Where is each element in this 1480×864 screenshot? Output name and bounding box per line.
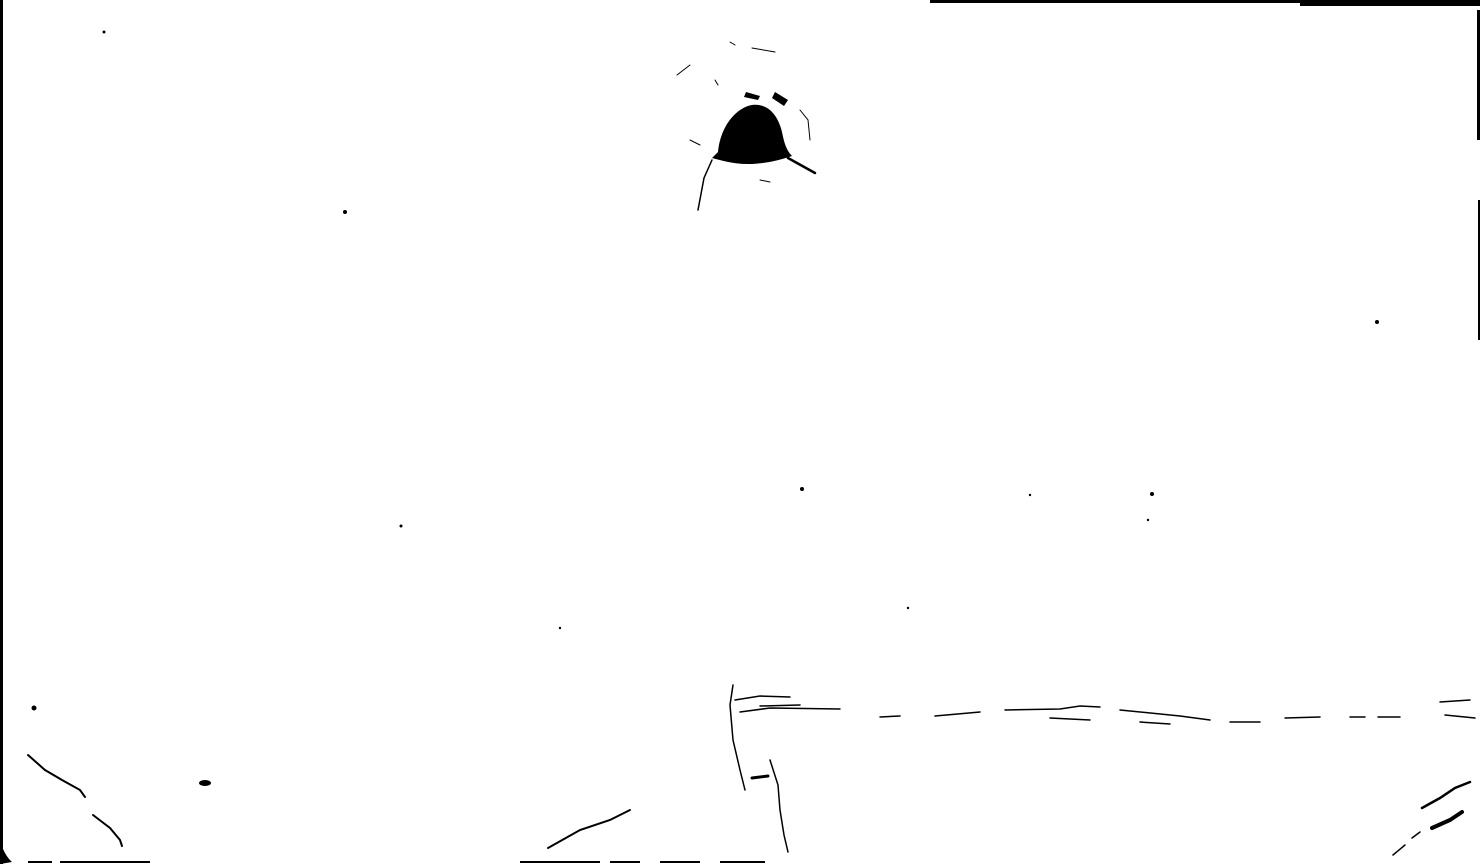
- binarized-surface-photo: [0, 0, 1480, 864]
